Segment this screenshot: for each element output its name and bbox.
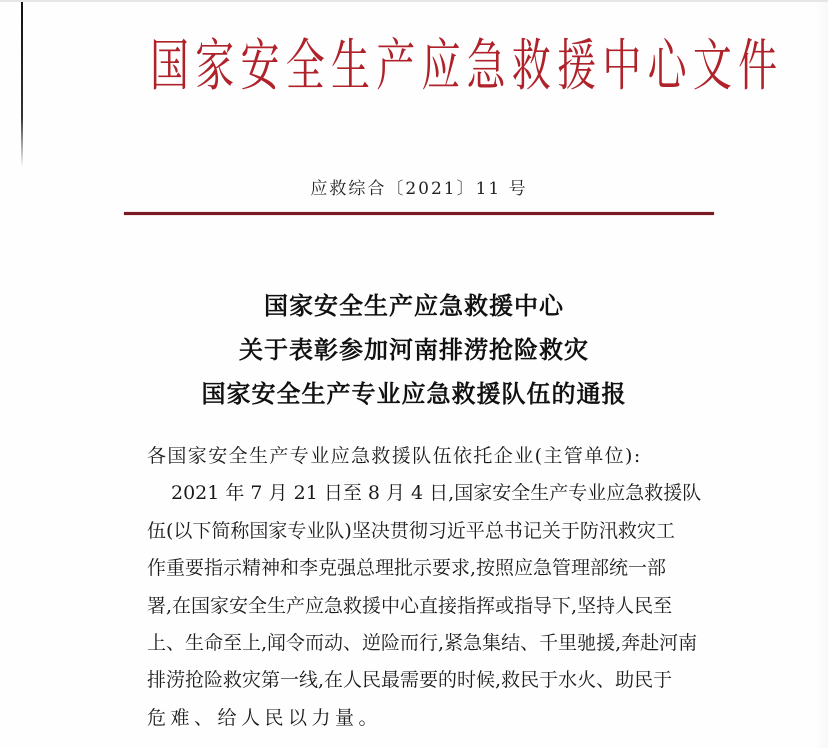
heading-line-3: 国家安全生产专业应急救援队伍的通报	[0, 372, 828, 416]
body-line-4: 署,在国家安全生产应急救援中心直接指挥或指导下,坚持人民至	[147, 588, 707, 625]
header-title-text: 国家安全生产应急救援中心文件	[150, 21, 783, 111]
body-line-text: 伍(以下简称国家专业队)坚决贯彻习近平总书记关于防汛救灾工	[147, 513, 675, 550]
notice-heading: 国家安全生产应急救援中心 关于表彰参加河南排涝抢险救灾 国家安全生产专业应急救援…	[0, 284, 828, 416]
body-line-6: 排涝抢险救灾第一线,在人民最需要的时候,救民于水火、助民于	[147, 662, 707, 699]
body-line-2: 伍(以下简称国家专业队)坚决贯彻习近平总书记关于防汛救灾工	[147, 513, 707, 550]
salutation: 各国家安全生产专业应急救援队伍依托企业(主管单位):	[147, 438, 707, 475]
document-number: 应救综合〔2021〕11 号	[0, 174, 828, 199]
body-line-3: 作重要指示精神和李克强总理批示要求,按照应急管理部统一部	[147, 550, 707, 587]
scan-edge-line	[21, 2, 23, 167]
body-line-text: 上、生命至上,闻令而动、逆险而行,紧急集结、千里驰援,奔赴河南	[147, 625, 697, 662]
body-line-text: 作重要指示精神和李克强总理批示要求,按照应急管理部统一部	[147, 550, 666, 587]
document-page: 国家安全生产应急救援中心文件 应救综合〔2021〕11 号 国家安全生产应急救援…	[0, 0, 828, 748]
body-line-text: 2021 年 7 月 21 日至 8 月 4 日,国家安全生产专业应急救援队	[171, 475, 701, 512]
body-line-1: 2021 年 7 月 21 日至 8 月 4 日,国家安全生产专业应急救援队	[147, 475, 707, 512]
body-line-text: 署,在国家安全生产应急救援中心直接指挥或指导下,坚持人民至	[147, 588, 672, 625]
notice-body: 各国家安全生产专业应急救援队伍依托企业(主管单位): 2021 年 7 月 21…	[147, 438, 707, 737]
heading-line-2: 关于表彰参加河南排涝抢险救灾	[0, 328, 828, 372]
body-line-text: 排涝抢险救灾第一线,在人民最需要的时候,救民于水火、助民于	[147, 662, 672, 699]
document-header-title: 国家安全生产应急救援中心文件	[150, 21, 571, 111]
body-line-5: 上、生命至上,闻令而动、逆险而行,紧急集结、千里驰援,奔赴河南	[147, 625, 707, 662]
red-divider-rule	[124, 212, 714, 215]
heading-line-1: 国家安全生产应急救援中心	[0, 284, 828, 328]
body-line-7: 危难、给人民以力量。	[147, 700, 707, 737]
